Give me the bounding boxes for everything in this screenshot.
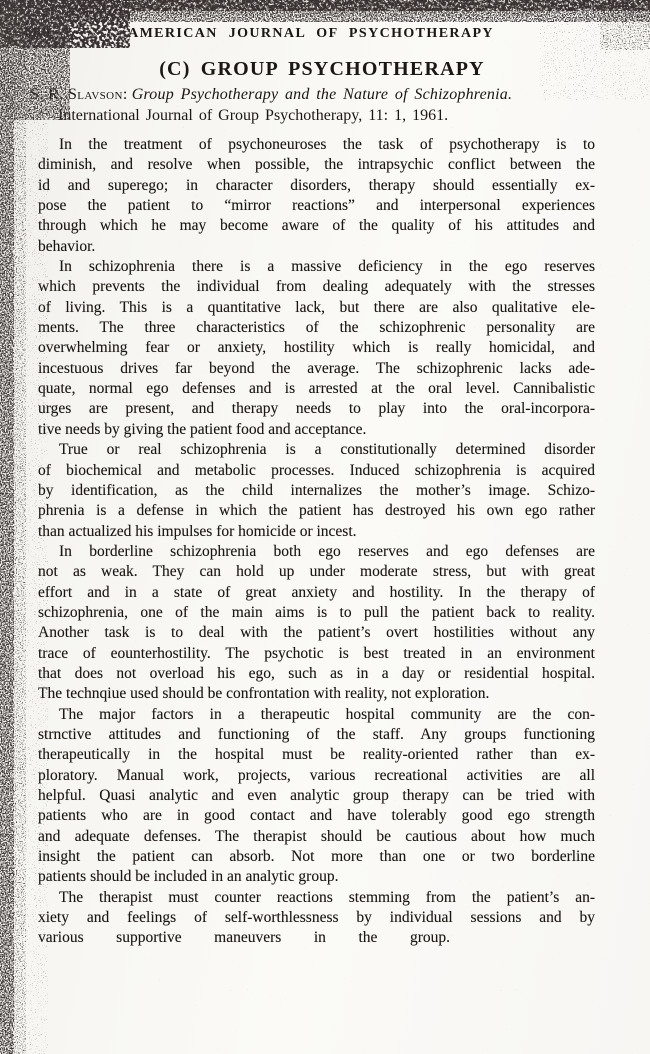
reference-title: Group Psychotherapy and the Nature of Sc… [132,86,512,103]
body-line: schizophrenia, one of the main aims is t… [38,603,595,623]
body-line: xiety and feelings of self-worthlessness… [38,908,595,928]
body-line: overwhelming fear or anxiety, hostility … [38,338,595,358]
body-line: various supportive maneuvers in the grou… [38,928,595,948]
body-line: The major factors in a therapeutic hospi… [38,705,595,725]
body-line: helpful. Quasi analytic and even analyti… [38,786,595,806]
reference-authors: S. R. Slavson: [30,86,128,103]
body-line: than actualized his impulses for homicid… [38,522,595,542]
body-line: incestuous drives far beyond the average… [38,359,595,379]
section-heading: (C) GROUP PSYCHOTHERAPY [0,58,644,81]
body-line: strnctive attitudes and functioning of t… [38,725,595,745]
body-line: of living. This is a quantitative lack, … [38,298,595,318]
reference-entry: S. R. Slavson: Group Psychotherapy and t… [30,85,605,126]
body-line: insight the patient can absorb. Not more… [38,847,595,867]
body-line: ploratory. Manual work, projects, variou… [38,766,595,786]
body-line: urges are present, and therapy needs to … [38,399,595,419]
body-line: id and superego; in character disorders,… [38,176,595,196]
body-line: therapeutically in the hospital must be … [38,745,595,765]
body-line: The therapist must counter reactions ste… [38,888,595,908]
body-line: In borderline schizophrenia both ego res… [38,542,595,562]
body-line: True or real schizophrenia is a constitu… [38,440,595,460]
body-line: patients should be included in an analyt… [38,867,595,887]
body-line: patients who are in good contact and hav… [38,806,595,826]
running-head: AMERICAN JOURNAL OF PSYCHOTHERAPY [0,26,622,42]
body-line: quate, normal ego defenses and is arrest… [38,379,595,399]
body-line: which prevents the individual from deali… [38,277,595,297]
body-line: by identification, as the child internal… [38,481,595,501]
body-line: In the treatment of psychoneuroses the t… [38,135,595,155]
body-line: and adequate defenses. The therapist sho… [38,827,595,847]
body-line: that does not overload his ego, such as … [38,664,595,684]
body-line: behavior. [38,237,595,257]
body-line: through which he may become aware of the… [38,216,595,236]
body-line: of biochemical and metabolic processes. … [38,461,595,481]
body-line: In schizophrenia there is a massive defi… [38,257,595,277]
body-line: phrenia is a defense in which the patien… [38,501,595,521]
body-line: tive needs by giving the patient food an… [38,420,595,440]
reference-line-1: S. R. Slavson: Group Psychotherapy and t… [30,85,605,106]
journal-page: 680 AMERICAN JOURNAL OF PSYCHOTHERAPY (C… [0,0,650,1054]
body-line: effort and in a state of great anxiety a… [38,583,595,603]
body-line: not as weak. They can hold up under mode… [38,562,595,582]
body-line: ments. The three characteristics of the … [38,318,595,338]
body-line: trace of eounterhostility. The psychotic… [38,644,595,664]
body-line: Another task is to deal with the patient… [38,623,595,643]
body-line: diminish, and resolve when possible, the… [38,155,595,175]
reference-citation: International Journal of Group Psychothe… [30,106,605,127]
body-line: pose the patient to “mirror reactions” a… [38,196,595,216]
article-body: In the treatment of psychoneuroses the t… [38,135,595,949]
body-line: The technqiue used should be confrontati… [38,684,595,704]
